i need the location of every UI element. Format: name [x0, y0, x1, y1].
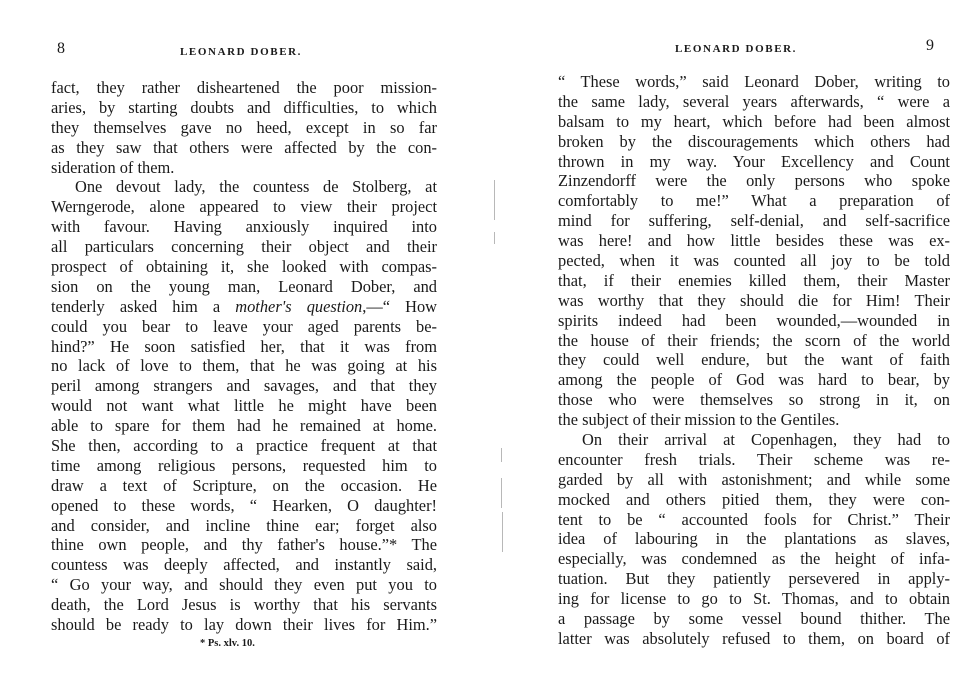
- running-head: LEONARD DOBER.: [675, 43, 797, 55]
- text-line: they themselves gave no heed, except in …: [51, 118, 437, 138]
- text-line: among the people of God was hard to bear…: [558, 370, 950, 390]
- text-line: mocked and others pitied them, they were…: [558, 490, 950, 510]
- gutter-scan-artifact: [494, 180, 495, 220]
- text-line: tenderly asked him a mother's question,—…: [51, 297, 437, 317]
- page-number: 9: [926, 37, 934, 55]
- text-line: should be ready to lay down their lives …: [51, 615, 437, 635]
- text-line: She then, according to a practice freque…: [51, 436, 437, 456]
- text-line: able to spare for them had he remained a…: [51, 416, 437, 436]
- text-line: death, the Lord Jesus is worthy that his…: [51, 595, 437, 615]
- running-head: LEONARD DOBER.: [180, 46, 302, 58]
- gutter-scan-artifact: [502, 512, 503, 552]
- gutter-scan-artifact: [501, 478, 502, 508]
- text-line: thrown in my way. Your Excellency and Co…: [558, 152, 950, 172]
- text-line: aries, by starting doubts and difficulti…: [51, 98, 437, 118]
- text-line: tent to be “ accounted fools for Christ.…: [558, 510, 950, 530]
- text-line: hind?” He soon satisfied her, that it wa…: [51, 337, 437, 357]
- right-page: LEONARD DOBER. 9 “ These words,” said Le…: [490, 0, 980, 684]
- text-line: On their arrival at Copenhagen, they had…: [558, 430, 950, 450]
- text-line: broken by the discouragements which othe…: [558, 132, 950, 152]
- text-line: the same lady, several years afterwards,…: [558, 92, 950, 112]
- left-page: 8 LEONARD DOBER. fact, they rather dishe…: [0, 0, 490, 684]
- text-line: with favour. Having anxiously inquired i…: [51, 217, 437, 237]
- text-line: Zinzendorff were the only persons who sp…: [558, 171, 950, 191]
- text-line: was worthy that they should die for Him!…: [558, 291, 950, 311]
- text-line: would not want what little he might have…: [51, 396, 437, 416]
- text-line: tuation. But they patiently persevered i…: [558, 569, 950, 589]
- text-line: countess was deeply affected, and instan…: [51, 555, 437, 575]
- text-line: mind for suffering, self-denial, and sel…: [558, 211, 950, 231]
- text-line: latter was absolutely refused to them, o…: [558, 629, 950, 649]
- gutter-scan-artifact: [501, 448, 502, 462]
- text-line: thine own people, and thy father's house…: [51, 535, 437, 555]
- text-line: One devout lady, the countess de Stolber…: [51, 177, 437, 197]
- text-line: the subject of their mission to the Gent…: [558, 410, 950, 430]
- text-line: balsam to my heart, which before had bee…: [558, 112, 950, 132]
- text-line: especially, was condemned as the height …: [558, 549, 950, 569]
- text-line: ing for license to go to St. Thomas, and…: [558, 589, 950, 609]
- text-line: encounter fresh trials. Their scheme was…: [558, 450, 950, 470]
- text-line: pected, when it was counted all joy to b…: [558, 251, 950, 271]
- text-line: spirits indeed had been wounded,—wounded…: [558, 311, 950, 331]
- body-text: “ These words,” said Leonard Dober, writ…: [558, 72, 950, 649]
- text-line: prospect of obtaining it, she looked wit…: [51, 257, 437, 277]
- text-line: opened to these words, “ Hearken, O daug…: [51, 496, 437, 516]
- text-line: could you bear to leave your aged parent…: [51, 317, 437, 337]
- footnote: * Ps. xlv. 10.: [200, 638, 255, 649]
- text-line: the house of their friends; the scorn of…: [558, 331, 950, 351]
- text-line: sion on the young man, Leonard Dober, an…: [51, 277, 437, 297]
- text-line: as they saw that others were affected by…: [51, 138, 437, 158]
- body-text: fact, they rather disheartened the poor …: [51, 78, 437, 635]
- text-line: time among religious persons, requested …: [51, 456, 437, 476]
- text-line: they could well endure, but the want of …: [558, 350, 950, 370]
- text-line: garded by all with astonishment; and whi…: [558, 470, 950, 490]
- text-line: and consider, and incline thine ear; for…: [51, 516, 437, 536]
- text-line: “ Go your way, and should they even put …: [51, 575, 437, 595]
- page-number: 8: [57, 40, 65, 58]
- text-line: was here! and how little besides these w…: [558, 231, 950, 251]
- text-line: sideration of them.: [51, 158, 437, 178]
- text-line: fact, they rather disheartened the poor …: [51, 78, 437, 98]
- text-line: comfortably to me!” What a preparation o…: [558, 191, 950, 211]
- text-line: peril among strangers and savages, and t…: [51, 376, 437, 396]
- text-line: all particulars concerning their object …: [51, 237, 437, 257]
- text-line: draw a text of Scripture, on the occasio…: [51, 476, 437, 496]
- text-line: those who were themselves so strong in i…: [558, 390, 950, 410]
- gutter-scan-artifact: [494, 232, 495, 244]
- text-line: Werngerode, alone appeared to view their…: [51, 197, 437, 217]
- italic-phrase: mother's question: [235, 297, 362, 316]
- text-line: that, if their enemies killed them, thei…: [558, 271, 950, 291]
- text-line: no lack of love to them, that he was goi…: [51, 356, 437, 376]
- text-line: idea of labouring in the plantations as …: [558, 529, 950, 549]
- text-line: “ These words,” said Leonard Dober, writ…: [558, 72, 950, 92]
- text-line: a passage by some vessel bound thither. …: [558, 609, 950, 629]
